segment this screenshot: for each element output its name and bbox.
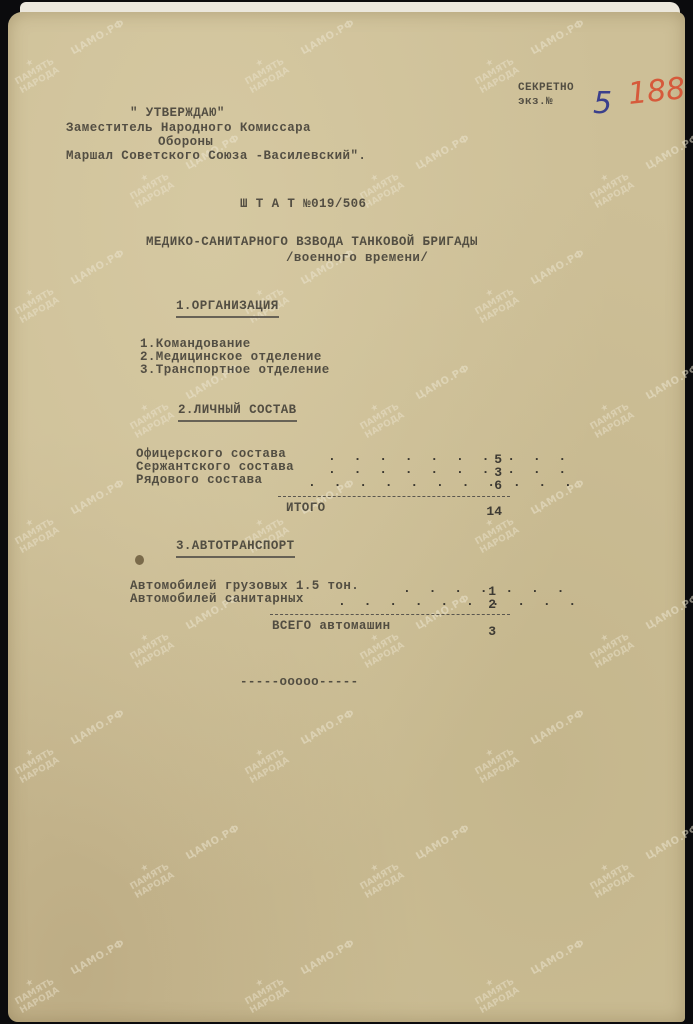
archive-watermark: ЦАМО.РФ: [529, 708, 586, 748]
section-transport-heading: 3.АВТОТРАНСПОРТ: [176, 540, 295, 558]
approval-position: Заместитель Народного Комиссара: [66, 122, 311, 135]
project-watermark: ★ПАМЯТЬНАРОДА: [238, 738, 291, 786]
project-watermark: ★ПАМЯТЬНАРОДА: [468, 738, 521, 786]
approval-signatory: Маршал Советского Союза -Василевский".: [66, 150, 366, 163]
project-watermark: ★ПАМЯТЬНАРОДА: [468, 48, 521, 96]
project-watermark: ★ПАМЯТЬНАРОДА: [123, 623, 176, 671]
total-rule: [270, 614, 510, 615]
section-personnel-heading: 2.ЛИЧНЫЙ СОСТАВ: [178, 404, 297, 422]
archive-watermark: ЦАМО.РФ: [69, 708, 126, 748]
archive-watermark: ЦАМО.РФ: [644, 133, 693, 173]
archive-watermark: ЦАМО.РФ: [299, 708, 356, 748]
archive-watermark: ЦАМО.РФ: [644, 823, 693, 863]
classification-secret: СЕКРЕТНО: [518, 82, 574, 95]
archive-watermark: ЦАМО.РФ: [69, 248, 126, 288]
unit-title: МЕДИКО-САНИТАРНОГО ВЗВОДА ТАНКОВОЙ БРИГА…: [146, 236, 478, 249]
document-page: ЦАМО.РФ★ПАМЯТЬНАРОДАЦАМО.РФ★ПАМЯТЬНАРОДА…: [8, 12, 685, 1022]
archive-page-number: 188: [626, 71, 687, 112]
project-watermark: ★ПАМЯТЬНАРОДА: [8, 48, 61, 96]
project-watermark: ★ПАМЯТЬНАРОДА: [238, 48, 291, 96]
paper-stain: [135, 555, 144, 565]
project-watermark: ★ПАМЯТЬНАРОДА: [468, 278, 521, 326]
transport-row-label: Автомобилей санитарных: [130, 593, 304, 606]
project-watermark: ★ПАМЯТЬНАРОДА: [8, 738, 61, 786]
dot-leader: . . . . . . . . . .: [338, 594, 581, 609]
personnel-total-label: ИТОГО: [286, 502, 326, 515]
project-watermark: ★ПАМЯТЬНАРОДА: [123, 853, 176, 901]
archive-watermark: ЦАМО.РФ: [184, 823, 241, 863]
shtat-number: Ш Т А Т №019/506: [240, 198, 366, 211]
approval-heading: " УТВЕРЖДАЮ": [130, 107, 225, 120]
project-watermark: ★ПАМЯТЬНАРОДА: [123, 163, 176, 211]
project-watermark: ★ПАМЯТЬНАРОДА: [583, 163, 636, 211]
copy-number-label: экз.№: [518, 96, 553, 109]
personnel-row-label: Рядового состава: [136, 474, 262, 487]
transport-total-value: 3: [482, 624, 496, 639]
archive-watermark: ЦАМО.РФ: [414, 363, 471, 403]
archive-watermark: ЦАМО.РФ: [69, 18, 126, 58]
personnel-row-value: 6: [488, 478, 502, 493]
archive-watermark: ЦАМО.РФ: [299, 18, 356, 58]
project-watermark: ★ПАМЯТЬНАРОДА: [468, 968, 521, 1016]
archive-watermark: ЦАМО.РФ: [529, 938, 586, 978]
project-watermark: ★ПАМЯТЬНАРОДА: [583, 393, 636, 441]
project-watermark: ★ПАМЯТЬНАРОДА: [583, 853, 636, 901]
unit-period: /военного времени/: [286, 252, 428, 265]
org-item: 3.Транспортное отделение: [140, 364, 330, 377]
transport-total-label: ВСЕГО автомашин: [272, 620, 391, 633]
project-watermark: ★ПАМЯТЬНАРОДА: [8, 508, 61, 556]
project-watermark: ★ПАМЯТЬНАРОДА: [353, 393, 406, 441]
copy-number-handwritten: 5: [593, 86, 612, 121]
total-rule: [278, 496, 510, 497]
section-organization-heading: 1.ОРГАНИЗАЦИЯ: [176, 300, 279, 318]
archive-watermark: ЦАМО.РФ: [69, 938, 126, 978]
end-of-document-mark: -----ооооо-----: [240, 676, 359, 689]
archive-watermark: ЦАМО.РФ: [414, 133, 471, 173]
project-watermark: ★ПАМЯТЬНАРОДА: [8, 968, 61, 1016]
archive-watermark: ЦАМО.РФ: [299, 938, 356, 978]
archive-watermark: ЦАМО.РФ: [644, 363, 693, 403]
project-watermark: ★ПАМЯТЬНАРОДА: [353, 853, 406, 901]
project-watermark: ★ПАМЯТЬНАРОДА: [238, 968, 291, 1016]
archive-watermark: ЦАМО.РФ: [414, 823, 471, 863]
project-watermark: ★ПАМЯТЬНАРОДА: [583, 623, 636, 671]
project-watermark: ★ПАМЯТЬНАРОДА: [8, 278, 61, 326]
dot-leader: . . . . . . . . . . .: [308, 475, 577, 490]
archive-watermark: ЦАМО.РФ: [529, 248, 586, 288]
archive-watermark: ЦАМО.РФ: [69, 478, 126, 518]
approval-department: Обороны: [158, 136, 213, 149]
archive-watermark: ЦАМО.РФ: [644, 593, 693, 633]
transport-row-value: 2: [482, 597, 496, 612]
archive-watermark: ЦАМО.РФ: [529, 18, 586, 58]
personnel-total-value: 14: [484, 504, 502, 519]
project-watermark: ★ПАМЯТЬНАРОДА: [123, 393, 176, 441]
